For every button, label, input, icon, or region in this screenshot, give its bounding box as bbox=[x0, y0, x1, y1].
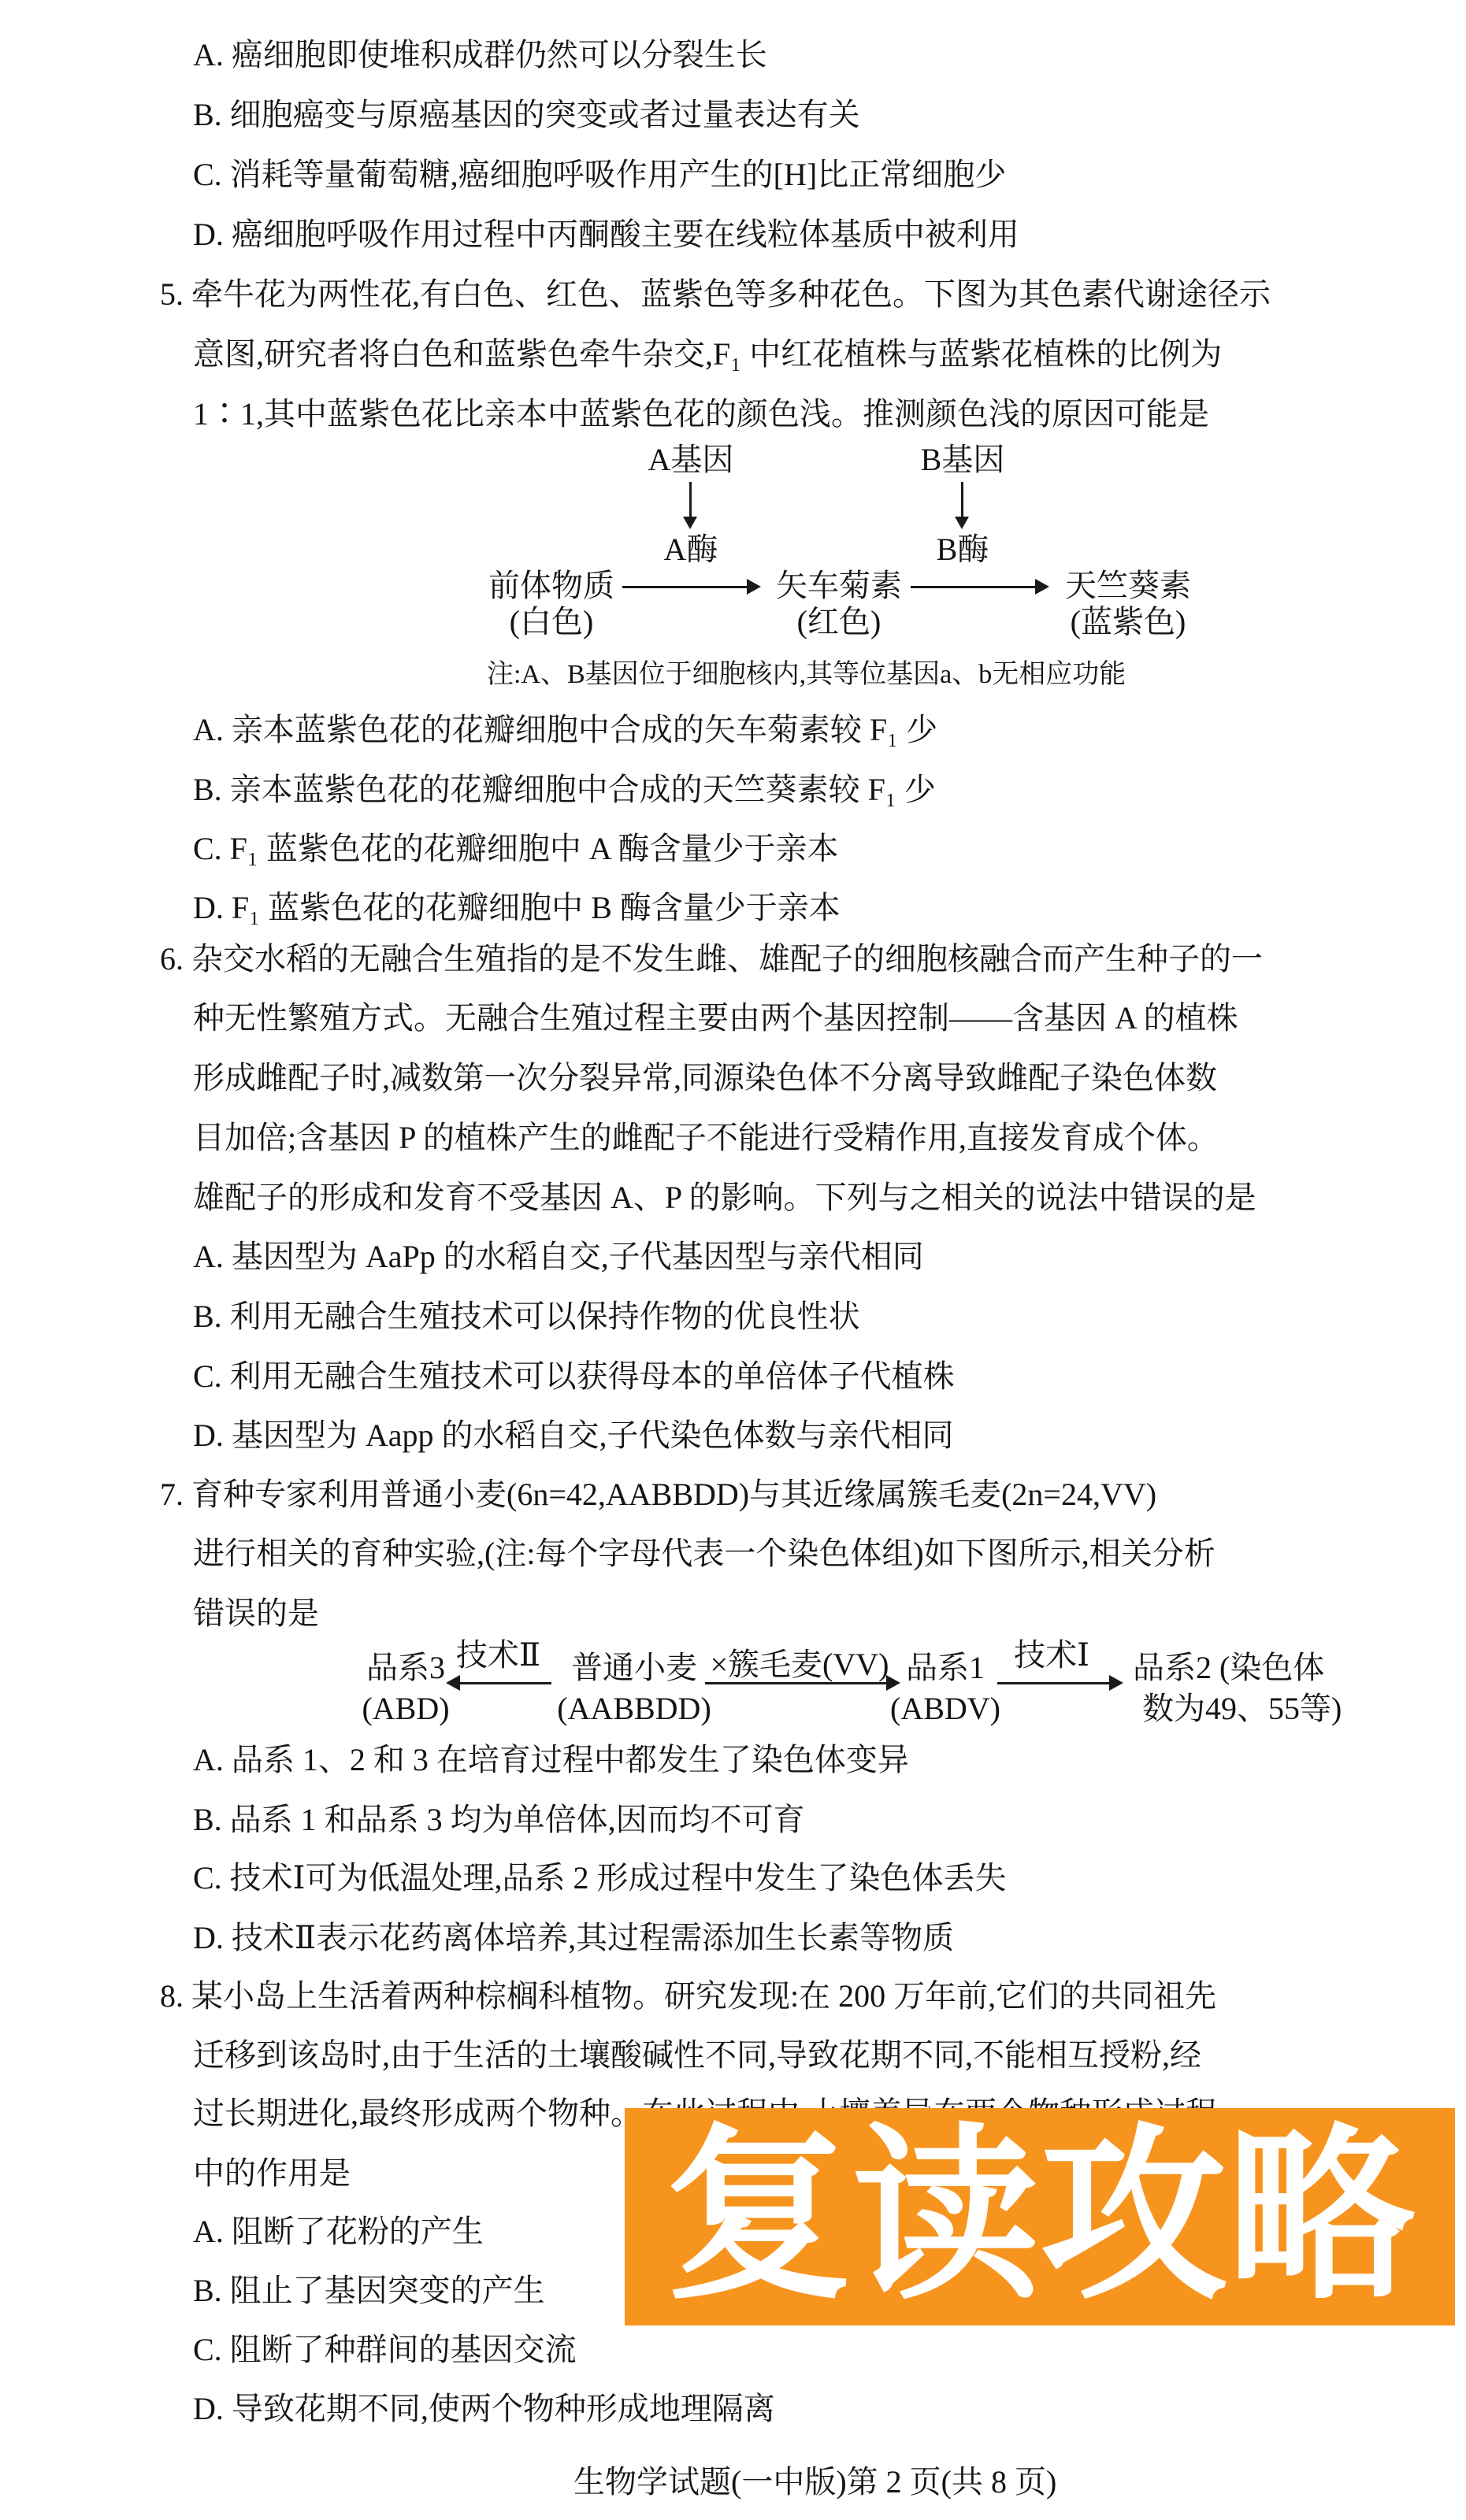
q5-gene-a-label: A基因 bbox=[612, 443, 770, 477]
q5-pigment1-label: 矢车菊素 bbox=[744, 569, 933, 603]
q5-enzyme-b-label: B酶 bbox=[884, 532, 1041, 567]
q5-line-2: 意图,研究者将白色和蓝紫色牵牛杂交,F₁ 中红花植株与蓝紫花植株的比例为 bbox=[193, 337, 1222, 372]
q5-line-1: 5. 牵牛花为两性花,有白色、红色、蓝紫色等多种花色。下图为其色素代谢途径示 bbox=[160, 277, 1271, 312]
q7-tech2-label: 技术Ⅱ bbox=[433, 1638, 563, 1673]
q7-line3-geno-label: (ABD) bbox=[343, 1692, 469, 1726]
q5-option-d: D. F₁ 蓝紫色花的花瓣细胞中 B 酶含量少于亲本 bbox=[193, 891, 841, 925]
q7-right-arrowhead-icon bbox=[1109, 1675, 1123, 1691]
q7-cross-label: ×簇毛麦(VV) bbox=[701, 1647, 898, 1682]
q6-option-c: C. 利用无融合生殖技术可以获得母本的单倍体子代植株 bbox=[193, 1359, 955, 1394]
q6-option-b: B. 利用无融合生殖技术可以保持作物的优良性状 bbox=[193, 1299, 860, 1334]
q8-option-b: B. 阻止了基因突变的产生 bbox=[193, 2274, 545, 2308]
q4-option-a: A. 癌细胞即使堆积成群仍然可以分裂生长 bbox=[193, 38, 767, 72]
q7-option-d: D. 技术Ⅱ表示花药离体培养,其过程需添加生长素等物质 bbox=[193, 1921, 954, 1955]
q8-line-1: 8. 某小岛上生活着两种棕榈科植物。研究发现:在 200 万年前,它们的共同祖先 bbox=[160, 1979, 1216, 2014]
q4-option-b: B. 细胞癌变与原癌基因的突变或者过量表达有关 bbox=[193, 98, 860, 132]
q7-wheat-geno-label: (AABBDD) bbox=[547, 1692, 721, 1726]
q5-pigment1-color-label: (红色) bbox=[744, 605, 933, 639]
q7-line-3: 错误的是 bbox=[193, 1596, 319, 1631]
q6-line-3: 形成雌配子时,减数第一次分裂异常,同源染色体不分离导致雌配子染色体数 bbox=[193, 1061, 1217, 1095]
q8-option-a: A. 阻断了花粉的产生 bbox=[193, 2214, 484, 2249]
q8-line-2: 迁移到该岛时,由于生活的土壤酸碱性不同,导致花期不同,不能相互授粉,经 bbox=[193, 2038, 1201, 2073]
q4-option-c: C. 消耗等量葡萄糖,癌细胞呼吸作用产生的[H]比正常细胞少 bbox=[193, 157, 1006, 192]
q5-option-c: C. F₁ 蓝紫色花的花瓣细胞中 A 酶含量少于亲本 bbox=[193, 832, 839, 866]
q6-option-a: A. 基因型为 AaPp 的水稻自交,子代基因型与亲代相同 bbox=[193, 1240, 924, 1274]
q5-line-3: 1∶1,其中蓝紫色花比亲本中蓝紫色花的颜色浅。推测颜色浅的原因可能是 bbox=[193, 397, 1209, 432]
q7-line2-label: 品系2 (染色体 bbox=[1133, 1651, 1324, 1685]
q5-pigment2-label: 天竺葵素 bbox=[1034, 569, 1223, 603]
q5-option-b: B. 亲本蓝紫色花的花瓣细胞中合成的天竺葵素较 F₁ 少 bbox=[193, 773, 936, 807]
q6-line-2: 种无性繁殖方式。无融合生殖过程主要由两个基因控制——含基因 A 的植株 bbox=[193, 1001, 1238, 1036]
q5-gene-b-label: B基因 bbox=[884, 443, 1041, 477]
q5-diagram-note: 注:A、B基因位于细胞核内,其等位基因a、b无相应功能 bbox=[487, 660, 1126, 689]
q5-pigment2-color-label: (蓝紫色) bbox=[1034, 605, 1223, 639]
q7-line2-geno-label: 数为49、55等) bbox=[1142, 1692, 1342, 1726]
q7-wheat-label: 普通小麦 bbox=[555, 1651, 713, 1685]
q7-option-a: A. 品系 1、2 和 3 在培育过程中都发生了染色体变异 bbox=[193, 1743, 909, 1777]
page-footer: 生物学试题(一中版)第 2 页(共 8 页) bbox=[573, 2457, 1056, 2502]
q7-option-c: C. 技术Ⅰ可为低温处理,品系 2 形成过程中发生了染色体丢失 bbox=[193, 1861, 1006, 1896]
q6-line-5: 雄配子的形成和发育不受基因 A、P 的影响。下列与之相关的说法中错误的是 bbox=[193, 1180, 1256, 1215]
q5-gene-b-down-arrowhead-icon bbox=[955, 517, 969, 529]
q7-option-b: B. 品系 1 和品系 3 均为单倍体,因而均不可育 bbox=[193, 1803, 805, 1837]
q7-line1-label: 品系1 bbox=[886, 1651, 1004, 1685]
q6-line-1: 6. 杂交水稻的无融合生殖指的是不发生雌、雄配子的细胞核融合而产生种子的一 bbox=[160, 942, 1263, 976]
q8-option-c: C. 阻断了种群间的基因交流 bbox=[193, 2333, 577, 2367]
q7-left-arrow-shaft-icon bbox=[460, 1682, 551, 1684]
q6-line-4: 目加倍;含基因 P 的植株产生的雌配子不能进行受精作用,直接发育成个体。 bbox=[193, 1121, 1219, 1155]
exam-page: A. 癌细胞即使堆积成群仍然可以分裂生长 B. 细胞癌变与原癌基因的突变或者过量… bbox=[0, 0, 1466, 2520]
q6-option-d: D. 基因型为 Aapp 的水稻自交,子代染色体数与亲代相同 bbox=[193, 1418, 954, 1453]
q7-tech1-label: 技术Ⅰ bbox=[989, 1638, 1115, 1673]
q5-gene-a-down-arrow-icon bbox=[689, 482, 692, 517]
q7-mid-arrow-shaft-icon bbox=[705, 1682, 886, 1684]
q7-line1-geno-label: (ABDV) bbox=[882, 1692, 1008, 1726]
q5-precursor-color-label: (白色) bbox=[449, 605, 654, 639]
q7-right-arrow-shaft-icon bbox=[997, 1682, 1109, 1684]
q8-option-d: D. 导致花期不同,使两个物种形成地理隔离 bbox=[193, 2392, 775, 2426]
q7-line-1: 7. 育种专家利用普通小麦(6n=42,AABBDD)与其近缘属簇毛麦(2n=2… bbox=[160, 1477, 1156, 1512]
q5-enzyme-a-label: A酶 bbox=[612, 532, 770, 567]
repeat-study-guide-watermark: 复读攻略 bbox=[625, 2108, 1455, 2325]
q7-line-2: 进行相关的育种实验,(注:每个字母代表一个染色体组)如下图所示,相关分析 bbox=[193, 1536, 1215, 1571]
q5-arrow-2-shaft-icon bbox=[911, 586, 1035, 588]
q4-option-d: D. 癌细胞呼吸作用过程中丙酮酸主要在线粒体基质中被利用 bbox=[193, 217, 1019, 252]
q8-line-4: 中的作用是 bbox=[193, 2156, 351, 2191]
q5-option-a: A. 亲本蓝紫色花的花瓣细胞中合成的矢车菊素较 F₁ 少 bbox=[193, 713, 937, 747]
q5-arrow-1-shaft-icon bbox=[622, 586, 747, 588]
q5-gene-b-down-arrow-icon bbox=[961, 482, 963, 517]
q5-gene-a-down-arrowhead-icon bbox=[683, 517, 697, 529]
q7-left-arrowhead-icon bbox=[446, 1675, 460, 1691]
